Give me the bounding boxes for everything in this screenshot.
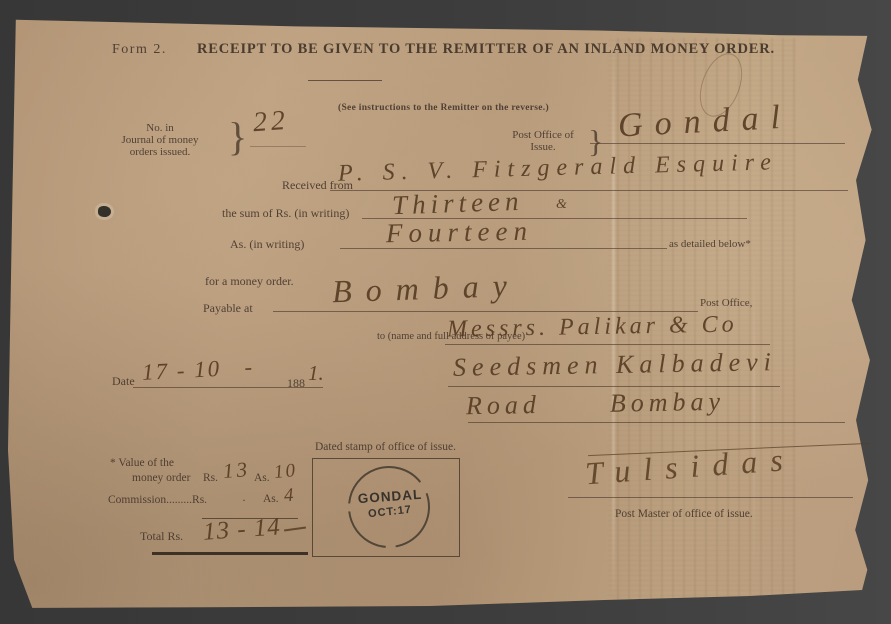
payee-address-underline1 (448, 386, 780, 387)
payable-at-label: Payable at (203, 301, 253, 316)
payee-address-line1: Seedsmen Kalbadevi (453, 349, 777, 381)
value-rs-amount: 13 (222, 459, 251, 482)
journal-brace: } (228, 113, 247, 160)
as-value: Fourteen (386, 218, 533, 248)
journal-label-line2: Journal of money (95, 134, 225, 146)
payable-at-value: Bombay (331, 269, 521, 308)
payable-at-underline (273, 311, 698, 312)
journal-label-line1: No. in (95, 122, 225, 134)
post-office-right-label: Post Office, (700, 297, 752, 309)
commission-label: Commission.........Rs. (108, 494, 207, 506)
date-value: 17 - 10 - (141, 355, 254, 384)
post-office-underline (590, 143, 845, 144)
payee-name-underline (445, 344, 770, 345)
total-label: Total Rs. (140, 529, 183, 544)
paper-hole (98, 206, 111, 217)
value-label-line2: money order (132, 472, 190, 484)
fold-crease-minor (753, 248, 755, 598)
form-number: Form 2. (112, 42, 167, 58)
commission-as-label: As. (263, 493, 279, 505)
value-rs-label: Rs. (203, 472, 218, 484)
total-bottom-rule (152, 552, 308, 555)
payee-name-value: Messrs. Palikar & Co (447, 312, 738, 341)
for-money-order-label: for a money order. (205, 274, 294, 289)
journal-label-line3: orders issued. (95, 146, 225, 158)
sum-rs-value: Thirteen (392, 188, 524, 220)
sum-rs-ampersand-mark: & (556, 198, 567, 212)
commission-dot: · (242, 493, 246, 508)
signature-underline (568, 497, 853, 498)
post-office-label-line1: Post Office of (498, 129, 588, 141)
subtitle: (See instructions to the Remitter on the… (338, 103, 549, 113)
date-year-written: 1. (308, 363, 324, 384)
detailed-below-label: as detailed below* (669, 238, 751, 250)
page-title: RECEIPT TO BE GIVEN TO THE REMITTER OF A… (197, 41, 775, 58)
title-divider (308, 80, 382, 81)
scanned-document-page: Form 2. RECEIPT TO BE GIVEN TO THE REMIT… (0, 0, 891, 624)
commission-as-amount: 4 (283, 486, 294, 506)
sum-rs-label: the sum of Rs. (in writing) (222, 206, 349, 221)
value-as-amount: 10 (273, 461, 298, 482)
date-label: Date (112, 374, 135, 389)
postmaster-label: Post Master of office of issue. (615, 508, 753, 520)
payee-address-underline2 (468, 422, 845, 423)
total-value: 13 - 14 (202, 514, 281, 544)
date-underline (133, 387, 323, 388)
post-office-label-line2: Issue. (498, 141, 588, 153)
stamp-box-label: Dated stamp of office of issue. (315, 441, 456, 453)
value-as-label: As. (254, 472, 270, 484)
journal-number-value: 22 (252, 107, 290, 137)
as-underline (340, 248, 667, 249)
date-year-printed: 188 (287, 376, 305, 391)
payee-address-line2: Road Bombay (466, 389, 726, 420)
as-label: As. (in writing) (230, 237, 304, 252)
journal-underline (250, 146, 306, 147)
value-label-line1: * Value of the (110, 457, 174, 469)
